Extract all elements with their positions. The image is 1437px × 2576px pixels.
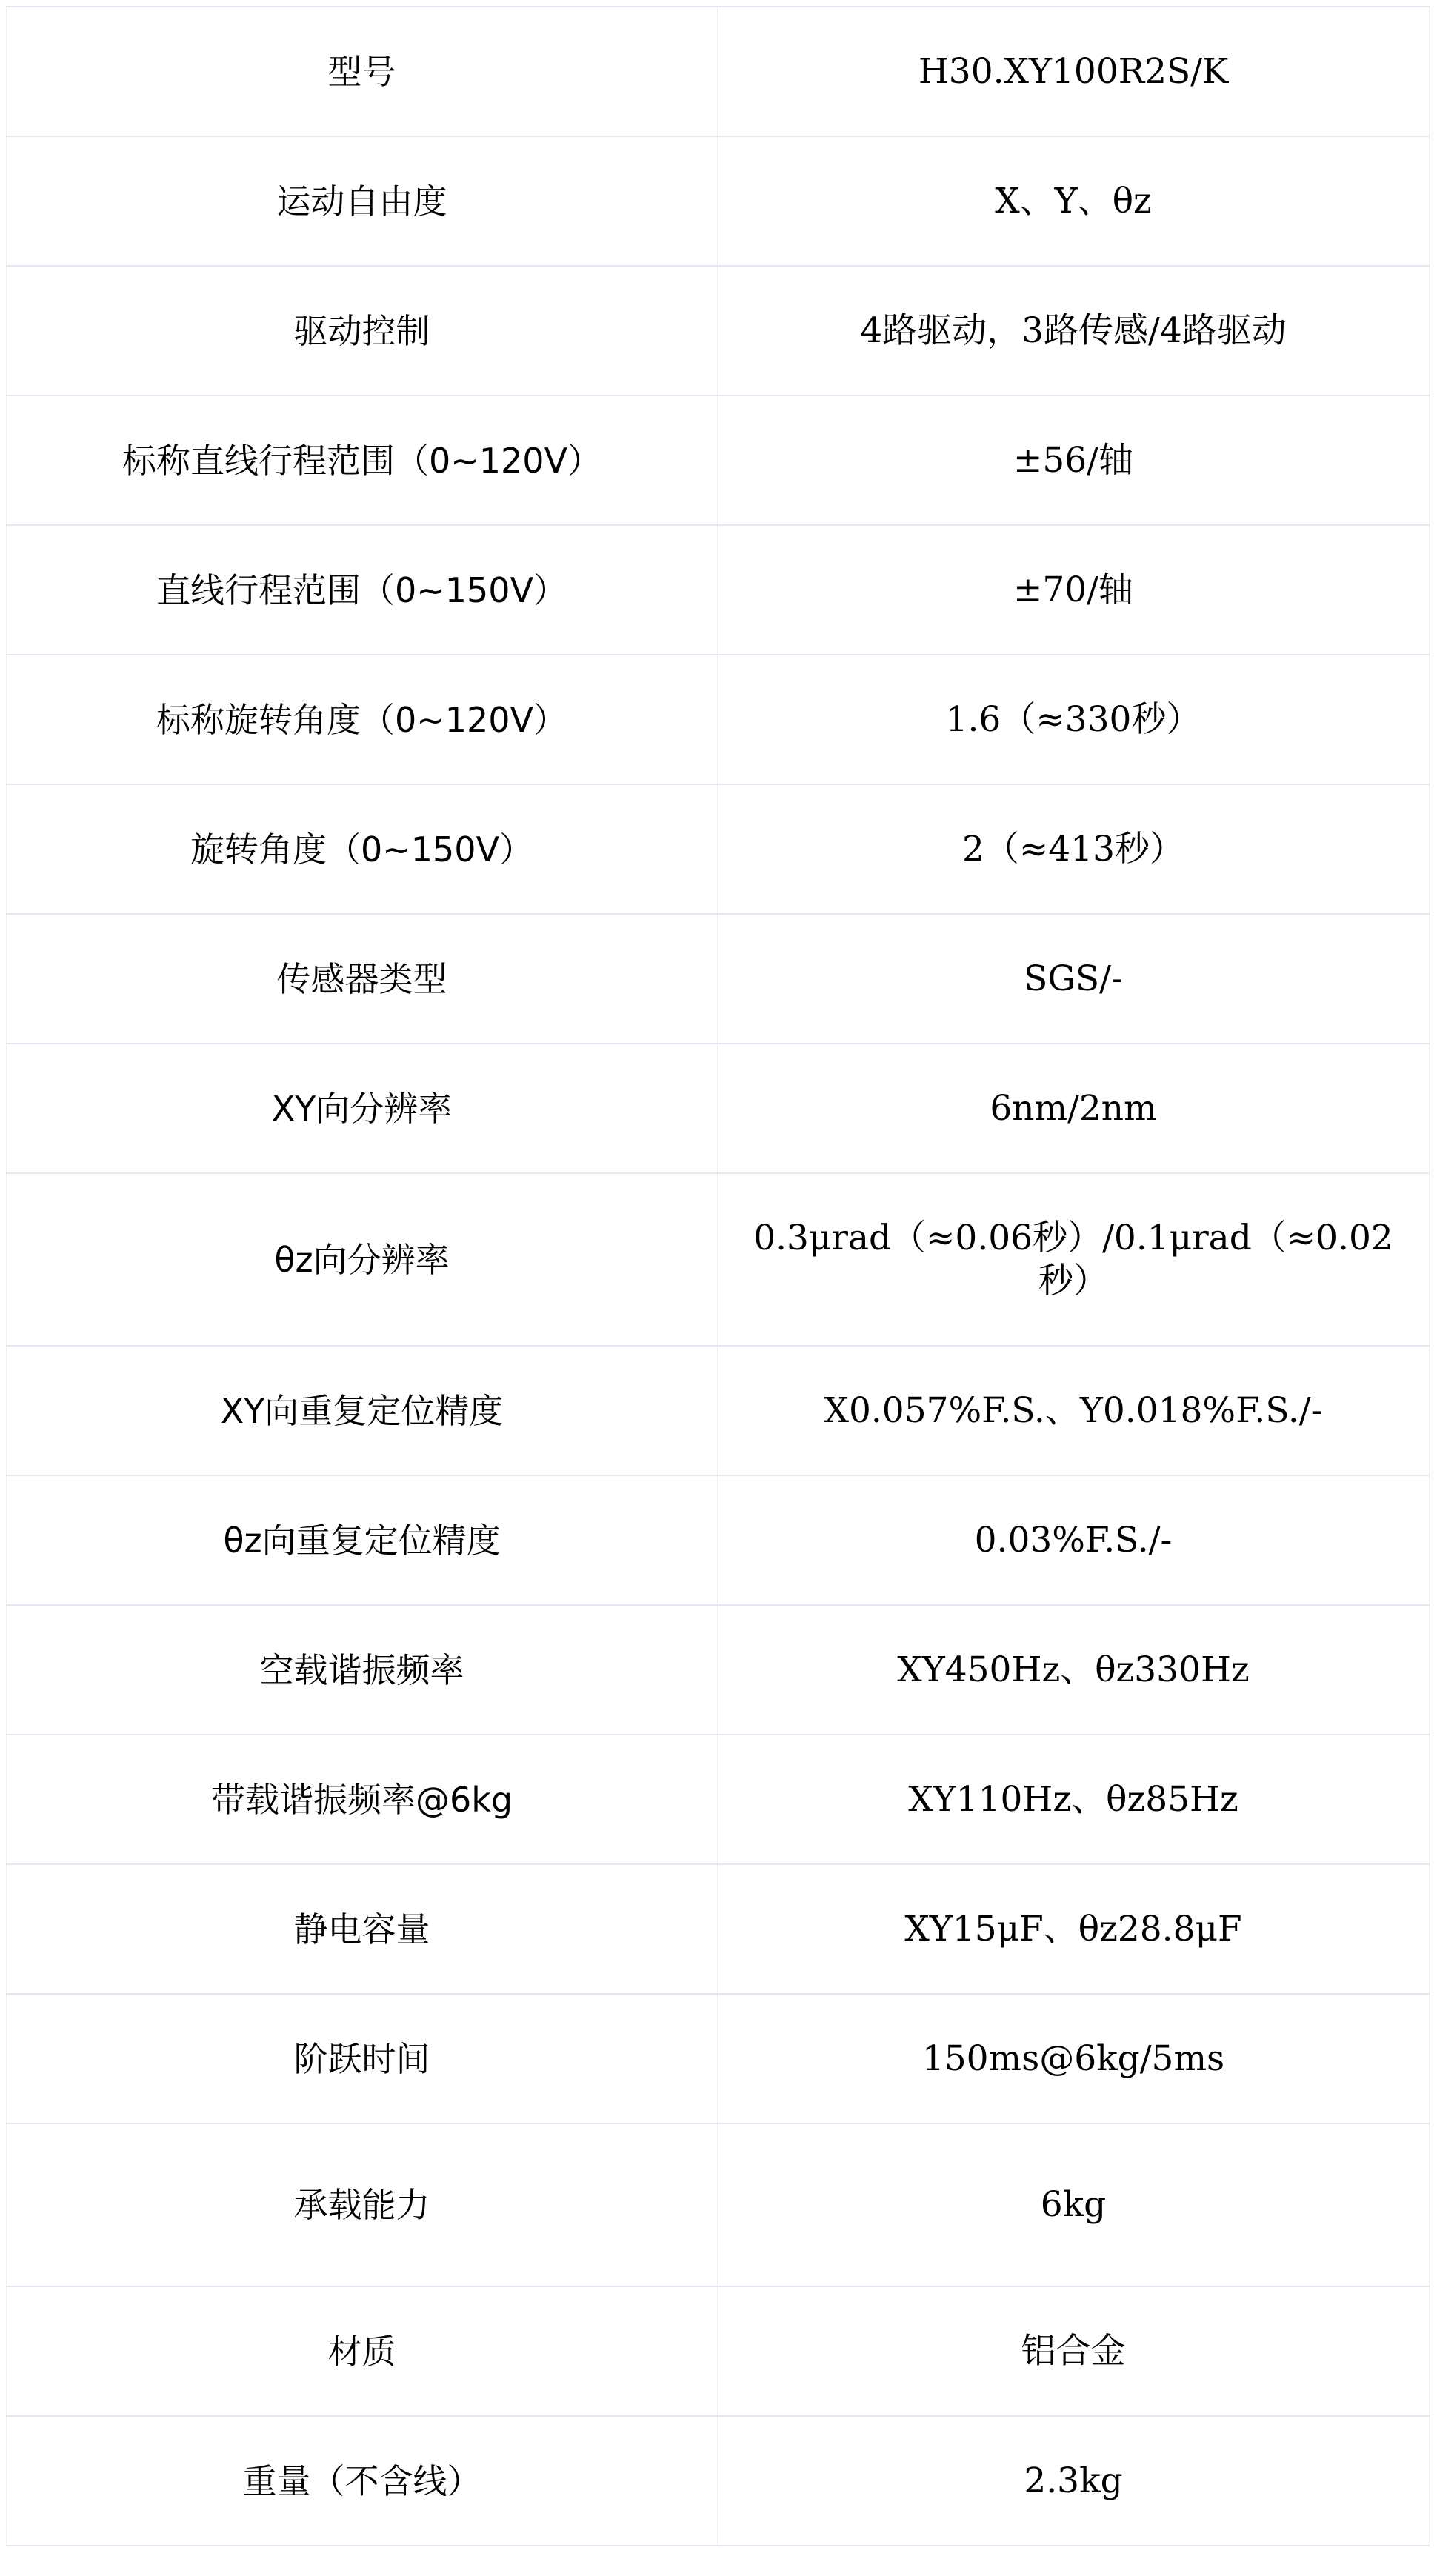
table-row-model: 型号 H30.XY100R2S/K — [7, 7, 1430, 136]
row-label: 运动自由度 — [7, 136, 718, 266]
table-row-sensor-type: 传感器类型 SGS/- — [7, 914, 1430, 1044]
table-row-load-capacity: 承载能力 6kg — [7, 2123, 1430, 2286]
table-row-loaded-resonance: 带载谐振频率@6kg XY110Hz、θz85Hz — [7, 1735, 1430, 1864]
row-value: XY110Hz、θz85Hz — [718, 1735, 1430, 1864]
row-value: 铝合金 — [718, 2286, 1430, 2416]
row-value: SGS/- — [718, 914, 1430, 1044]
row-value: 4路驱动，3路传感/4路驱动 — [718, 266, 1430, 396]
row-value: ±56/轴 — [718, 396, 1430, 525]
table-row-material: 材质 铝合金 — [7, 2286, 1430, 2416]
row-value: 0.3μrad（≈0.06秒）/0.1μrad（≈0.02秒） — [718, 1173, 1430, 1346]
row-value: X、Y、θz — [718, 136, 1430, 266]
table-row-drive-control: 驱动控制 4路驱动，3路传感/4路驱动 — [7, 266, 1430, 396]
row-value: 150ms@6kg/5ms — [718, 1994, 1430, 2123]
row-value: XY450Hz、θz330Hz — [718, 1605, 1430, 1735]
row-label: θz向重复定位精度 — [7, 1475, 718, 1605]
row-value: 2.3kg — [718, 2416, 1430, 2546]
table-row-nominal-rotation-angle: 标称旋转角度（0~120V） 1.6（≈330秒） — [7, 655, 1430, 784]
table-row-linear-travel: 直线行程范围（0~150V） ±70/轴 — [7, 525, 1430, 655]
table-row-degrees-of-freedom: 运动自由度 X、Y、θz — [7, 136, 1430, 266]
row-label: 重量（不含线） — [7, 2416, 718, 2546]
row-label: 传感器类型 — [7, 914, 718, 1044]
table-row-thetaz-repeatability: θz向重复定位精度 0.03%F.S./- — [7, 1475, 1430, 1605]
row-value: 6kg — [718, 2123, 1430, 2286]
row-label: 承载能力 — [7, 2123, 718, 2286]
table-row-rotation-angle: 旋转角度（0~150V） 2（≈413秒） — [7, 784, 1430, 914]
row-label: XY向重复定位精度 — [7, 1346, 718, 1475]
row-label: 材质 — [7, 2286, 718, 2416]
row-label: XY向分辨率 — [7, 1044, 718, 1173]
row-label: 带载谐振频率@6kg — [7, 1735, 718, 1864]
row-value: 0.03%F.S./- — [718, 1475, 1430, 1605]
row-label: 阶跃时间 — [7, 1994, 718, 2123]
row-label: θz向分辨率 — [7, 1173, 718, 1346]
row-label: 驱动控制 — [7, 266, 718, 396]
table-row-unloaded-resonance: 空载谐振频率 XY450Hz、θz330Hz — [7, 1605, 1430, 1735]
table-row-thetaz-resolution: θz向分辨率 0.3μrad（≈0.06秒）/0.1μrad（≈0.02秒） — [7, 1173, 1430, 1346]
row-label: 标称直线行程范围（0~120V） — [7, 396, 718, 525]
row-label: 直线行程范围（0~150V） — [7, 525, 718, 655]
row-value: 1.6（≈330秒） — [718, 655, 1430, 784]
row-label: 静电容量 — [7, 1864, 718, 1994]
table-row-xy-repeatability: XY向重复定位精度 X0.057%F.S.、Y0.018%F.S./- — [7, 1346, 1430, 1475]
row-value: ±70/轴 — [718, 525, 1430, 655]
row-value: 6nm/2nm — [718, 1044, 1430, 1173]
row-value: XY15μF、θz28.8μF — [718, 1864, 1430, 1994]
spec-table: 型号 H30.XY100R2S/K 运动自由度 X、Y、θz 驱动控制 4路驱动… — [6, 6, 1430, 2546]
row-value: 2（≈413秒） — [718, 784, 1430, 914]
table-row-capacitance: 静电容量 XY15μF、θz28.8μF — [7, 1864, 1430, 1994]
table-row-step-time: 阶跃时间 150ms@6kg/5ms — [7, 1994, 1430, 2123]
row-label: 标称旋转角度（0~120V） — [7, 655, 718, 784]
table-row-weight: 重量（不含线） 2.3kg — [7, 2416, 1430, 2546]
table-row-nominal-linear-travel: 标称直线行程范围（0~120V） ±56/轴 — [7, 396, 1430, 525]
row-label: 型号 — [7, 7, 718, 136]
row-label: 空载谐振频率 — [7, 1605, 718, 1735]
table-row-xy-resolution: XY向分辨率 6nm/2nm — [7, 1044, 1430, 1173]
row-value: X0.057%F.S.、Y0.018%F.S./- — [718, 1346, 1430, 1475]
row-label: 旋转角度（0~150V） — [7, 784, 718, 914]
row-value: H30.XY100R2S/K — [718, 7, 1430, 136]
